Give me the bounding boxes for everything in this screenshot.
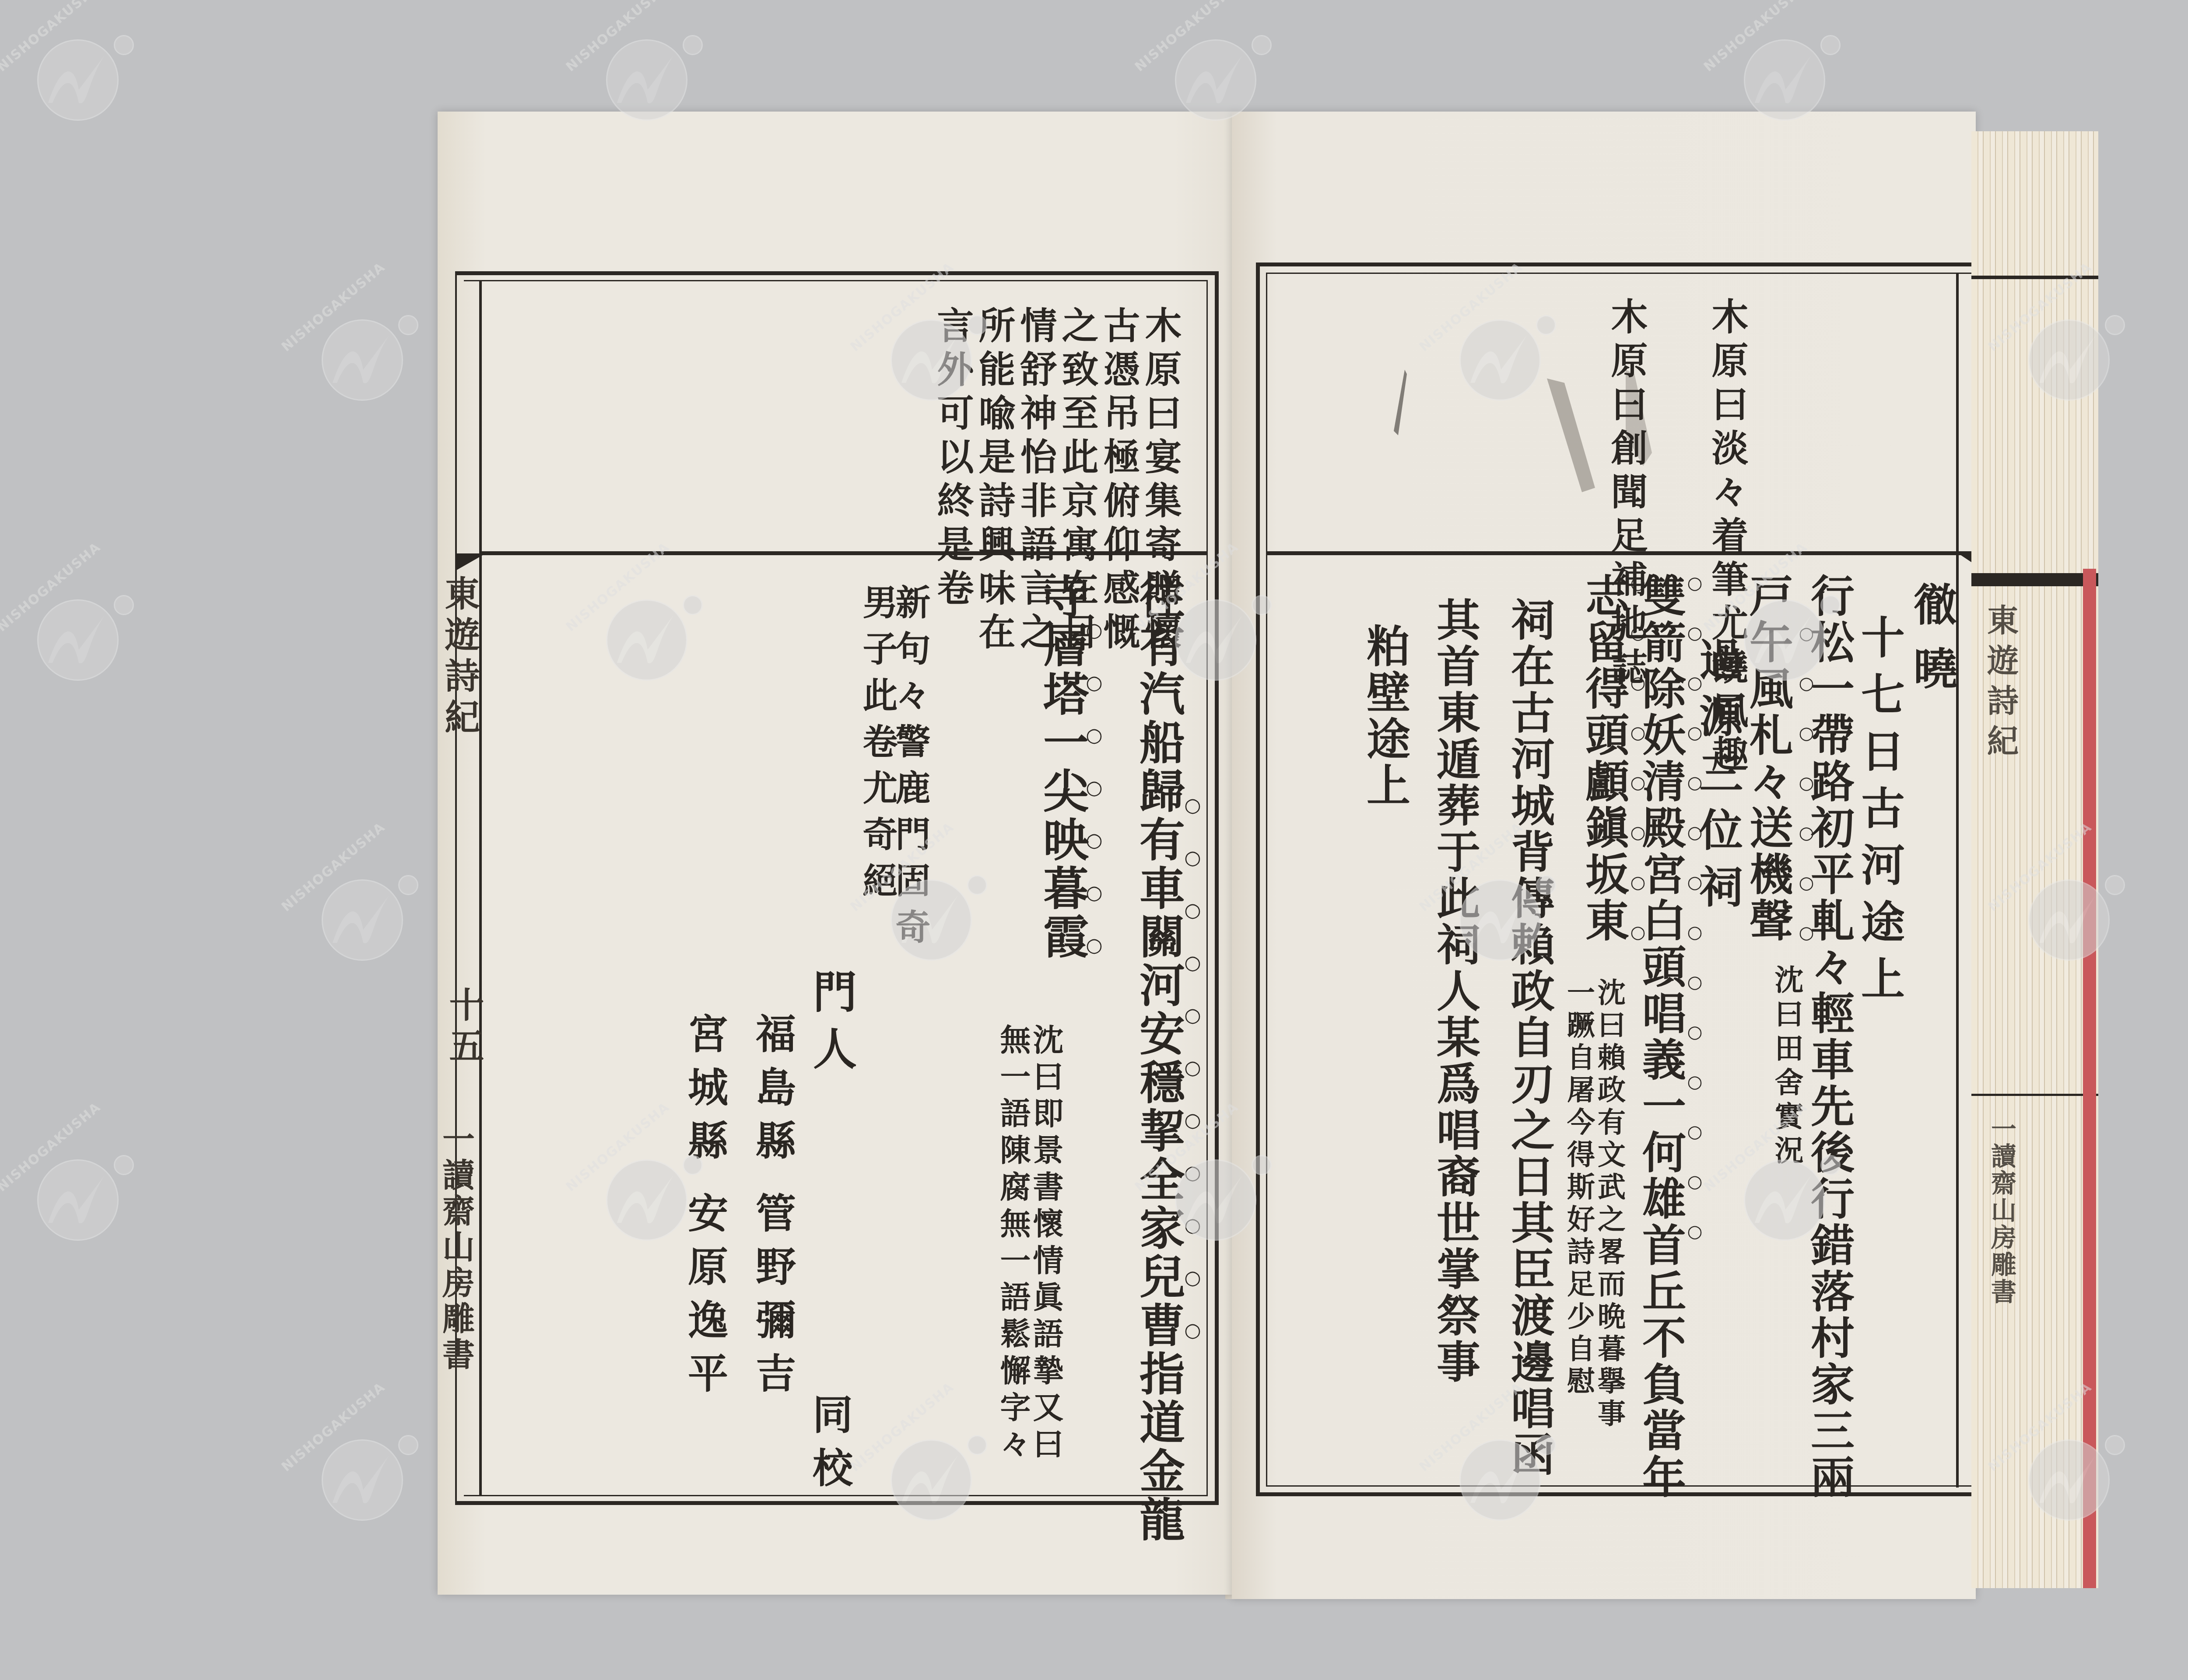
watermark-logo: NISHOGAKUSHA: [302, 293, 416, 407]
margin-rule: [1956, 273, 1959, 1487]
commentary-column: 沈曰田舍實況: [1772, 965, 1801, 1169]
commentary-column: 沈曰賴政有文武之畧而晩暮擧事: [1595, 978, 1623, 1431]
stack-rule: [1971, 1094, 2098, 1096]
watermark-logo: NISHOGAKUSHA: [18, 573, 131, 687]
credit-name: 安原逸平: [685, 1192, 725, 1406]
watermark-logo: NISHOGAKUSHA: [18, 1133, 131, 1247]
stack-rule: [1971, 276, 2098, 279]
stack-fishtail-band: [1971, 573, 2098, 586]
commentary-column: 新句々警鹿門固奇: [893, 584, 928, 955]
page-number: 十五: [446, 987, 481, 1069]
book-title: 東遊詩紀: [442, 575, 477, 740]
stack-publisher: 一讀齋山房雕書: [1989, 1116, 2014, 1305]
poem-column: 寺層塔一尖映暮霞: [1039, 573, 1085, 962]
text-line: 徹曉: [1910, 582, 1954, 710]
watermark-logo: NISHOGAKUSHA: [1724, 13, 1838, 127]
right-page: 木原曰淡々着筆尤饒風趣 木原曰創聞足補地誌 徹曉 十七日古河途上 行松一帶路初平…: [1232, 112, 1976, 1599]
stack-book-title: 東遊詩紀: [1985, 604, 2016, 765]
credit-name: 管野彌吉: [753, 1192, 793, 1406]
commentary-column: 沈曰即景書懷情眞語摯又曰: [1031, 1024, 1061, 1465]
headnote-column: 言外可以終是卷: [934, 306, 971, 612]
emphasis-dots: ○○○○○○○○○○○: [1182, 794, 1204, 1372]
credit-prefecture: 福島縣: [753, 1013, 793, 1173]
note-column: 祠在古河城背傳賴政自刃之日其臣渡邊唱函: [1508, 597, 1551, 1478]
publisher-imprint: 一讀齋山房雕書: [440, 1122, 472, 1373]
credits-label: 門人: [810, 969, 853, 1083]
emphasis-dots: ○○○○○○○: [1796, 623, 1816, 973]
watermark-logo: NISHOGAKUSHA: [18, 13, 131, 127]
poem-title: 十七日古河途上: [1858, 615, 1901, 1013]
emphasis-dots: ○○○○○○○: [1083, 619, 1105, 987]
poem-column: 往有汽船歸有車關河安穩挈全家兒曹指道金龍: [1136, 573, 1181, 1544]
fore-edge-page-stack: 東遊詩紀 一讀齋山房雕書: [1971, 131, 2098, 1588]
margin-rule: [479, 280, 482, 1496]
headnote-column: 所能喩是詩興味在: [976, 306, 1013, 656]
commentary-column: 一蹶自屠今得斯好詩足少自慰: [1564, 978, 1592, 1399]
red-cover-edge: [2083, 569, 2096, 1588]
watermark-logo: NISHOGAKUSHA: [302, 853, 416, 967]
emphasis-dots: ○○○○○○○○○○○○○○: [1685, 573, 1705, 1271]
poem-title: 粕壁途上: [1363, 623, 1407, 809]
credit-role: 同校: [810, 1393, 850, 1500]
poem-column: 志留得頭顱鎭坂東: [1582, 573, 1626, 944]
watermark-logo: NISHOGAKUSHA: [586, 13, 700, 127]
emphasis-dots: ○○○○○○○○: [1628, 573, 1648, 972]
watermark-logo: NISHOGAKUSHA: [302, 1413, 416, 1527]
watermark-logo: NISHOGAKUSHA: [1155, 13, 1269, 127]
commentary-column: 無一語陳腐無一語鬆懈字々: [998, 1024, 1028, 1465]
commentary-column: 男子此卷尤奇絕: [860, 584, 895, 909]
fishtail-marker: [455, 553, 486, 571]
left-page: 東遊詩紀 十五 一讀齋山房雕書 木原曰宴集寄贈懷 古憑吊極俯仰感慨 之致至此京寓…: [438, 112, 1238, 1595]
credit-prefecture: 宮城縣: [685, 1013, 725, 1173]
note-column: 其首東遁葬于此祠人某爲唱裔世掌祭事: [1433, 597, 1477, 1386]
poem-column: 戸午風札々送機聲: [1746, 573, 1790, 944]
